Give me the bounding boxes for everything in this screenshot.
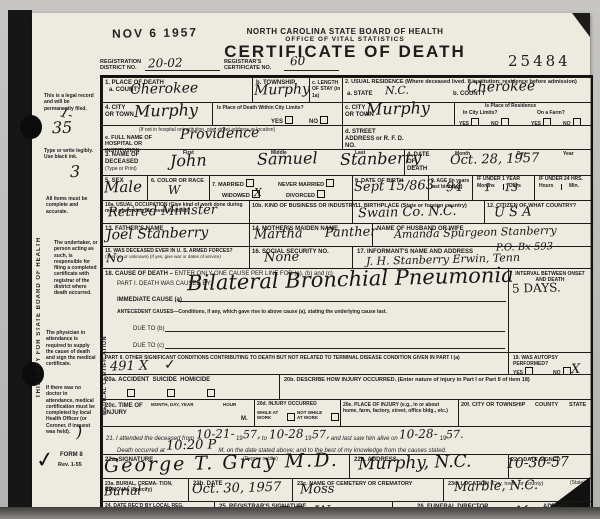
field-part2: PART II. OTHER SIGNIFICANT CONDITIONS CO…	[102, 352, 508, 374]
rc-label-line2: CERTIFICATE NO.	[224, 65, 271, 71]
informant-pobox-value: P.O. Bx 593	[496, 242, 553, 253]
punch-hole	[20, 115, 42, 139]
birthplace-value: Swain Co. N.C.	[358, 205, 457, 221]
age-value: 94	[446, 181, 463, 194]
age-months-value: 1	[484, 182, 491, 193]
field-length-of-stay: c. LENGTH OF STAY (in 1a)	[309, 77, 342, 102]
field-place-of-injury: 20e. PLACE OF INJURY (e.g., in or about …	[340, 399, 458, 426]
burial-value: Burial	[104, 485, 141, 498]
injury-county-label: COUNTY	[535, 402, 558, 408]
never-married-option: NEVER MARRIED	[278, 179, 336, 188]
part2-checkmark: ✓	[164, 358, 176, 372]
reg-label-line1: REGISTRATION	[100, 59, 141, 65]
city-of-death-value: Murphy	[134, 102, 198, 120]
autopsy-label: 19. WAS AUTOPSY PERFORMED?	[513, 355, 573, 368]
field-attended-statement: 21. I attended the deceased from 10-21- …	[102, 426, 591, 454]
certificate-number: 25484	[508, 52, 571, 70]
min-label: Min.	[569, 184, 579, 190]
name-label: 3. NAME OF DECEASED	[105, 152, 145, 166]
form-revision: Rev. 1-55	[58, 462, 82, 468]
received-date-stamp: NOV 6 1957	[112, 25, 198, 40]
field-injury-city: 20f. CITY OR TOWNSHIP COUNTY STATE	[458, 399, 591, 426]
field-autopsy: 19. WAS AUTOPSY PERFORMED? YES NO X	[508, 352, 591, 374]
certificate-form: 1. PLACE OF DEATH a. COUNTY b. TOWNSHIP …	[100, 75, 593, 519]
attended-line1: 21. I attended the deceased from 10-21- …	[106, 430, 464, 442]
accident-label: ACCIDENT	[118, 377, 149, 383]
registrar-certificate-value: 60	[290, 55, 306, 67]
hospital-value: Providence	[180, 126, 260, 142]
citizen-value: U S A	[494, 206, 532, 220]
burial-date-value: Oct. 30, 1957	[192, 481, 282, 496]
residence-state-label: a. STATE	[347, 91, 372, 98]
interval-value: 5 DAYS.	[512, 281, 561, 294]
armed-forces-sub: (Yes, no, or unknown) (If yes, give war …	[105, 254, 248, 260]
divorced-label: DIVORCED	[286, 193, 315, 199]
never-married-label: NEVER MARRIED	[278, 182, 324, 188]
county-value: Cherokee	[130, 81, 199, 97]
field-street-address: d. STREET ADDRESS or R. F. D. NO.	[342, 125, 591, 149]
scanner-edge-strip	[8, 10, 32, 509]
on-a-farm-label: On a Farm?	[537, 111, 565, 117]
death-time-value: 10:20 P	[166, 438, 217, 452]
city-of-death-label: 4. CITY OR TOWN	[105, 105, 135, 119]
attended-year1-value: 57,	[243, 429, 261, 440]
field-industry: 10b. KIND OF BUSINESS OR INDUSTRY	[249, 200, 352, 223]
township-value: Murphy	[254, 82, 310, 97]
married-label: MARRIED	[218, 182, 244, 188]
residence-state-value: N.C.	[385, 85, 409, 97]
last-name-value: Stanberry	[340, 150, 422, 168]
field-time-of-injury: 20c. TIME OF INJURY MONTH, DAY, YEAR HOU…	[102, 399, 254, 426]
registrar-certificate-label: REGISTRAR'SCERTIFICATE NO.	[224, 59, 271, 72]
mother-name-value: Martha Panther	[254, 225, 377, 241]
scan-bottom-shadow	[0, 507, 600, 519]
margin-handwriting-paren: )	[76, 424, 83, 440]
widowed-label: WIDOWED	[222, 193, 250, 199]
injury-city-label: 20f. CITY OR TOWNSHIP	[461, 402, 525, 408]
not-while-at-work-label: NOT WHILE AT WORK	[297, 410, 325, 420]
first-name-value: John	[170, 153, 207, 170]
street-address-label: d. STREET ADDRESS or R. F. D. NO.	[345, 129, 405, 150]
margin-note-physician: The physician in attendance is required …	[46, 330, 96, 368]
ssn-value: None	[264, 251, 300, 265]
reg-label-line2: DISTRICT NO.	[100, 65, 137, 71]
industry-label: 10b. KIND OF BUSINESS OR INDUSTRY	[252, 203, 356, 209]
name-sub-label: (Type or Print)	[105, 167, 137, 173]
field-age-under-24: IF UNDER 24 HRS. Hours Min.	[534, 175, 591, 200]
describe-injury-label: 20b. DESCRIBE HOW INJURY OCCURRED. (Ente…	[284, 377, 584, 384]
due-to-c-label: DUE TO (c)	[133, 343, 164, 350]
field-accident-suicide-homicide: 20a. ACCIDENT SUICIDE HOMICIDE	[102, 374, 279, 399]
attended-year3-value: 57.	[446, 429, 464, 440]
under-24-hrs-label: IF UNDER 24 HRS.	[539, 177, 583, 183]
suicide-label: SUICIDE	[152, 377, 176, 383]
accident-checkbox[interactable]	[127, 389, 135, 397]
homicide-checkbox[interactable]	[207, 389, 215, 397]
field-describe-injury: 20b. DESCRIBE HOW INJURY OCCURRED. (Ente…	[279, 374, 591, 399]
no-checkbox[interactable]	[320, 116, 328, 124]
location-state-label: (State)	[570, 481, 585, 487]
item-7: 7.	[212, 182, 217, 188]
registration-district-label: REGISTRATIONDISTRICT NO.	[100, 59, 141, 72]
in-place-of-residence-label: Is Place of Residence	[485, 104, 536, 110]
divorced-option: DIVORCED	[286, 190, 327, 199]
attended-to-value: 10-28	[268, 428, 303, 441]
residence-county-value: Cherokee	[467, 79, 536, 95]
time-sub-label: MONTH, DAY, YEAR	[151, 402, 194, 407]
never-married-checkbox[interactable]	[326, 179, 334, 187]
residence-city-value: Murphy	[366, 100, 430, 118]
scanned-death-certificate: NOV 6 1957 NORTH CAROLINA STATE BOARD OF…	[0, 0, 600, 519]
not-while-at-work-checkbox[interactable]	[331, 413, 339, 421]
injury-occurred-label: 20d. INJURY OCCURRED	[257, 402, 317, 408]
margin-handwriting-3: 3	[70, 164, 81, 180]
field-residence-limits-farm: Is Place of Residence In City Limits? On…	[454, 102, 591, 125]
margin-copy-designation: THIS COPY FOR STATE BOARD OF HEALTH	[36, 228, 42, 398]
asx-header: 20a. ACCIDENT SUICIDE HOMICIDE	[105, 377, 210, 384]
sex-value: Male	[104, 180, 142, 196]
father-name-value: Joel Stanberry	[106, 226, 209, 243]
rc-label-line1: REGISTRAR'S	[224, 59, 261, 65]
physician-address-value: Murphy, N.C.	[358, 454, 472, 474]
hours-label: Hours	[539, 184, 562, 190]
field-marital-status: 7. MARRIED NEVER MARRIED WIDOWED DIVORCE…	[209, 175, 352, 200]
homicide-label: HOMICIDE	[180, 377, 210, 383]
date-signed-value: 10-30-57	[506, 455, 569, 471]
registration-district-value: 20-02	[148, 57, 183, 70]
m-label: M.	[241, 416, 248, 423]
length-of-stay-label: c. LENGTH OF STAY (in 1a)	[312, 80, 342, 99]
date-of-death-value: Oct. 28, 1957	[450, 152, 540, 167]
yes-checkbox[interactable]	[285, 116, 293, 124]
year-label: Year	[563, 152, 574, 158]
married-checkbox[interactable]	[246, 179, 254, 187]
in-city-limits-label: In City Limits?	[463, 111, 497, 117]
age-days-value: 13	[504, 182, 518, 193]
field-death-city-limits: Is Place of Death Within City Limits? YE…	[212, 102, 342, 125]
cause-label: 18. CAUSE OF DEATH	[105, 271, 168, 277]
widowed-mark: X	[254, 187, 262, 198]
time-of-injury-label: 20c. TIME OF INJURY	[105, 403, 145, 417]
injury-state-label: STATE	[569, 402, 586, 408]
part2-value: 491 X	[110, 360, 149, 374]
occupation-value: Retired Minister	[108, 204, 217, 220]
margin-note-no-doctor: If there was no doctor in attendance, me…	[46, 385, 96, 435]
place-of-injury-label: 20e. PLACE OF INJURY (e.g., in or about …	[343, 402, 455, 415]
middle-name-value: Samuel	[257, 150, 318, 168]
margin-note-complete: All items must be complete and accurate.	[46, 196, 96, 215]
immediate-cause-label: IMMEDIATE CAUSE (a)	[117, 297, 182, 304]
form-number: FORM 8	[60, 452, 83, 459]
margin-checkmark: ✓	[35, 449, 56, 473]
attended-on-value: 10-28-	[399, 427, 438, 440]
attended-year2-value: 57,	[311, 429, 329, 440]
armed-forces-value: No	[106, 252, 124, 264]
antecedent-label: ANTECEDENT CAUSES—Conditions, if any, wh…	[117, 309, 502, 315]
while-at-work-label: WHILE AT WORK	[257, 410, 283, 420]
margin-note-type: Type or write legibly. Use black ink.	[44, 148, 96, 161]
hour-label: HOUR	[223, 402, 236, 407]
married-option: 7. MARRIED	[212, 179, 256, 188]
margin-note-undertaker: The undertaker, or person acting as such…	[54, 240, 98, 296]
while-at-work-checkbox[interactable]	[287, 413, 295, 421]
race-value: W	[168, 184, 181, 196]
suicide-checkbox[interactable]	[167, 389, 175, 397]
divorced-checkbox[interactable]	[317, 190, 325, 198]
margin-handwriting-35: 35	[52, 120, 73, 137]
item-20a: 20a.	[105, 377, 117, 383]
field-injury-occurred: 20d. INJURY OCCURRED WHILE AT WORK NOT W…	[254, 399, 340, 426]
cemetery-value: Moss	[300, 483, 335, 497]
org-name: NORTH CAROLINA STATE BOARD OF HEALTH	[200, 27, 490, 36]
death-city-limits-label: Is Place of Death Within City Limits?	[217, 105, 307, 111]
date-of-birth-value: Sept 15/863	[354, 179, 434, 194]
burial-location-value: Marble, N.C.	[454, 479, 538, 494]
due-to-b-label: DUE TO (b)	[133, 326, 164, 333]
